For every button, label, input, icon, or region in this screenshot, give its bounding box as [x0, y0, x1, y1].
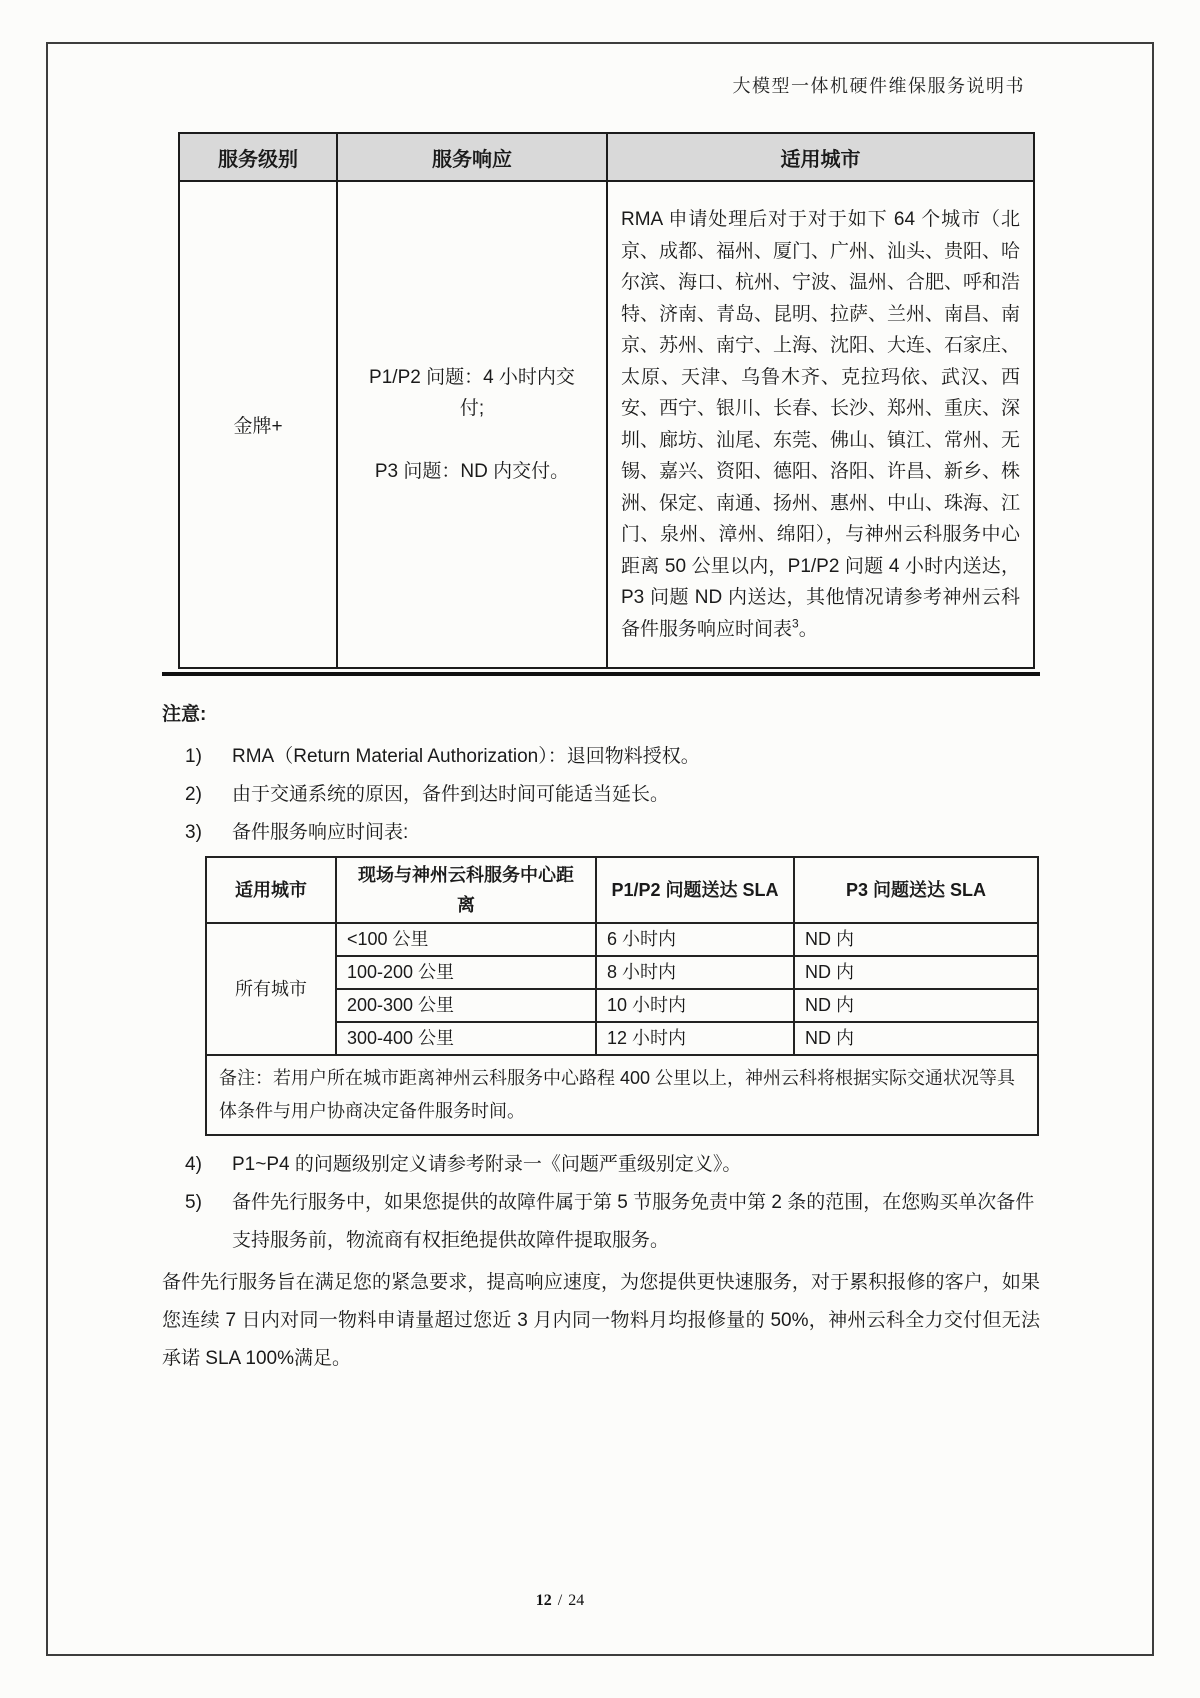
closing-paragraph: 备件先行服务旨在满足您的紧急要求，提高响应速度，为您提供更快速服务，对于累积报修… — [162, 1264, 1040, 1378]
note-item-3: 3) 备件服务响应时间表: — [162, 814, 1040, 852]
response-p1p2: P1/P2 问题：4 小时内交付; — [366, 362, 578, 424]
sla-remark-cell: 备注：若用户所在城市距离神州云科服务中心路程 400 公里以上，神州云科将根据实… — [206, 1055, 1038, 1135]
sla-distance-cell: 200-300 公里 — [336, 989, 596, 1022]
service-response-cell: P1/P2 问题：4 小时内交付; P3 问题：ND 内交付。 — [337, 181, 607, 668]
cities-text-tail: 。 — [799, 619, 818, 640]
service-level-cell: 金牌+ — [179, 181, 337, 668]
sla-p3-cell: ND 内 — [794, 989, 1038, 1022]
page-total: 24 — [568, 1592, 584, 1609]
sla-table-header-row: 适用城市 现场与神州云科服务中心距离 P1/P2 问题送达 SLA P3 问题送… — [206, 857, 1038, 923]
note-text: RMA（Return Material Authorization）：退回物料授… — [232, 738, 1040, 776]
sla-header-p1p2: P1/P2 问题送达 SLA — [596, 857, 794, 923]
note-number: 5) — [185, 1184, 232, 1260]
page-separator: / — [558, 1592, 562, 1609]
note-item-2: 2) 由于交通系统的原因，备件到达时间可能适当延长。 — [162, 776, 1040, 814]
sla-distance-cell: 100-200 公里 — [336, 956, 596, 989]
note-text: 备件先行服务中，如果您提供的故障件属于第 5 节服务免责中第 2 条的范围，在您… — [232, 1184, 1040, 1260]
note-text: P1~P4 的问题级别定义请参考附录一《问题严重级别定义》。 — [232, 1146, 1040, 1184]
page-footer: 12/24 — [0, 1592, 1120, 1610]
service-table-row: 金牌+ P1/P2 问题：4 小时内交付; P3 问题：ND 内交付。 RMA … — [179, 181, 1034, 668]
header-service-response: 服务响应 — [337, 133, 607, 181]
cities-text: RMA 申请处理后对于对于如下 64 个城市（北京、成都、福州、厦门、广州、汕头… — [621, 209, 1020, 640]
header-service-level: 服务级别 — [179, 133, 337, 181]
note-text: 备件服务响应时间表: — [232, 814, 1040, 852]
document-page: 大模型一体机硬件维保服务说明书 服务级别 服务响应 适用城市 金牌+ P1/P2… — [0, 0, 1200, 1698]
sla-p1p2-cell: 8 小时内 — [596, 956, 794, 989]
note-item-5: 5) 备件先行服务中，如果您提供的故障件属于第 5 节服务免责中第 2 条的范围… — [162, 1184, 1040, 1260]
sla-header-p3: P3 问题送达 SLA — [794, 857, 1038, 923]
response-gap — [366, 424, 578, 456]
sla-p3-cell: ND 内 — [794, 1022, 1038, 1055]
sla-remark-row: 备注：若用户所在城市距离神州云科服务中心路程 400 公里以上，神州云科将根据实… — [206, 1055, 1038, 1135]
header-applicable-cities: 适用城市 — [607, 133, 1034, 181]
sla-distance-cell: 300-400 公里 — [336, 1022, 596, 1055]
note-item-1: 1) RMA（Return Material Authorization）：退回… — [162, 738, 1040, 776]
sla-p3-cell: ND 内 — [794, 956, 1038, 989]
footnote-marker: 3 — [792, 616, 799, 630]
sla-header-distance: 现场与神州云科服务中心距离 — [336, 857, 596, 923]
sla-p1p2-cell: 10 小时内 — [596, 989, 794, 1022]
sla-p3-cell: ND 内 — [794, 923, 1038, 956]
sla-p1p2-cell: 6 小时内 — [596, 923, 794, 956]
sla-distance-cell: <100 公里 — [336, 923, 596, 956]
sla-p1p2-cell: 12 小时内 — [596, 1022, 794, 1055]
note-number: 4) — [185, 1146, 232, 1184]
applicable-cities-cell: RMA 申请处理后对于对于如下 64 个城市（北京、成都、福州、厦门、广州、汕头… — [607, 181, 1034, 668]
sla-header-city: 适用城市 — [206, 857, 336, 923]
service-table-header-row: 服务级别 服务响应 适用城市 — [179, 133, 1034, 181]
sla-response-table: 适用城市 现场与神州云科服务中心距离 P1/P2 问题送达 SLA P3 问题送… — [205, 856, 1039, 1136]
note-number: 1) — [185, 738, 232, 776]
page-header: 大模型一体机硬件维保服务说明书 — [0, 72, 1025, 98]
note-number: 3) — [185, 814, 232, 852]
page-number: 12 — [536, 1592, 552, 1609]
service-level-table: 服务级别 服务响应 适用城市 金牌+ P1/P2 问题：4 小时内交付; P3 … — [178, 132, 1035, 669]
note-text: 由于交通系统的原因，备件到达时间可能适当延长。 — [232, 776, 1040, 814]
section-divider — [162, 672, 1040, 676]
notes-title: 注意: — [162, 700, 1040, 730]
notes-section: 注意: 1) RMA（Return Material Authorization… — [162, 672, 1040, 1378]
sla-row-1: 所有城市 <100 公里 6 小时内 ND 内 — [206, 923, 1038, 956]
note-item-4: 4) P1~P4 的问题级别定义请参考附录一《问题严重级别定义》。 — [162, 1146, 1040, 1184]
note-number: 2) — [185, 776, 232, 814]
sla-city-scope-cell: 所有城市 — [206, 923, 336, 1055]
response-p3: P3 问题：ND 内交付。 — [366, 456, 578, 487]
